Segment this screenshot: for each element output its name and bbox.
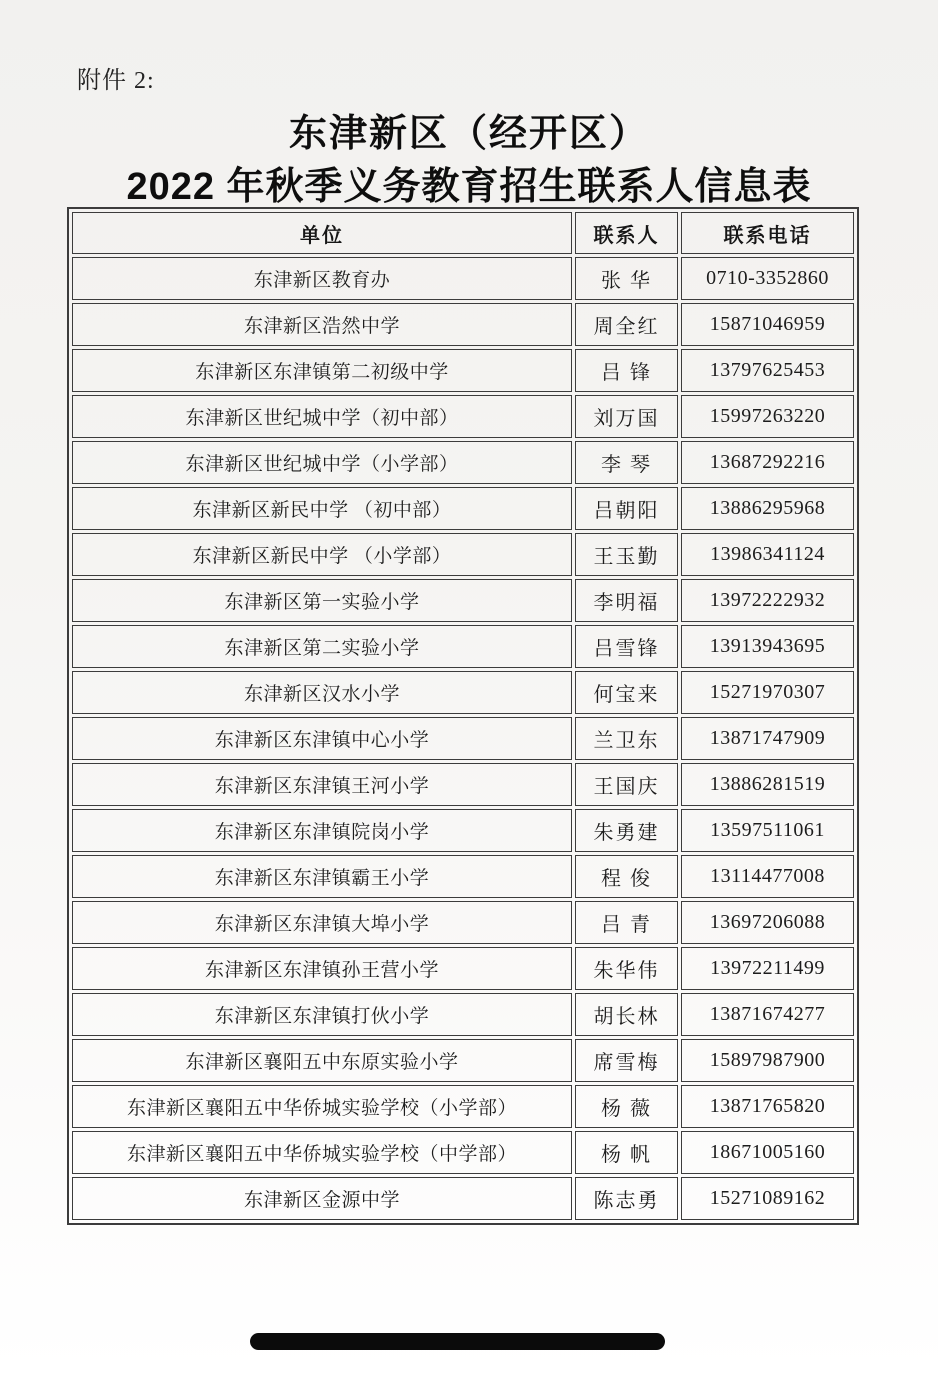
page-title-line2: 2022 年秋季义务教育招生联系人信息表: [0, 155, 938, 210]
contact-cell: 王玉勤: [575, 533, 678, 576]
table-row: 东津新区襄阳五中华侨城实验学校（中学部）杨 帆18671005160: [72, 1131, 854, 1174]
unit-cell: 东津新区东津镇孙王营小学: [72, 947, 572, 990]
unit-cell: 东津新区东津镇打伙小学: [72, 993, 572, 1036]
header-contact: 联系人: [575, 212, 678, 254]
unit-cell: 东津新区世纪城中学（初中部）: [72, 395, 572, 438]
table-row: 东津新区教育办张 华0710-3352860: [72, 257, 854, 300]
phone-cell: 13886295968: [681, 487, 854, 530]
contact-cell: 陈志勇: [575, 1177, 678, 1220]
table-row: 东津新区世纪城中学（初中部）刘万国15997263220: [72, 395, 854, 438]
unit-cell: 东津新区第一实验小学: [72, 579, 572, 622]
phone-cell: 15897987900: [681, 1039, 854, 1082]
unit-cell: 东津新区东津镇院岗小学: [72, 809, 572, 852]
contact-cell: 杨 薇: [575, 1085, 678, 1128]
contact-cell: 李明福: [575, 579, 678, 622]
unit-cell: 东津新区新民中学 （初中部）: [72, 487, 572, 530]
contact-cell: 何宝来: [575, 671, 678, 714]
phone-cell: 13114477008: [681, 855, 854, 898]
phone-cell: 13972211499: [681, 947, 854, 990]
table-row: 东津新区金源中学陈志勇15271089162: [72, 1177, 854, 1220]
unit-cell: 东津新区第二实验小学: [72, 625, 572, 668]
header-row: 单位 联系人 联系电话: [72, 212, 854, 254]
unit-cell: 东津新区新民中学 （小学部）: [72, 533, 572, 576]
table-row: 东津新区襄阳五中华侨城实验学校（小学部）杨 薇13871765820: [72, 1085, 854, 1128]
footer-black-bar: [250, 1333, 665, 1350]
phone-cell: 18671005160: [681, 1131, 854, 1174]
contact-cell: 朱华伟: [575, 947, 678, 990]
phone-cell: 15997263220: [681, 395, 854, 438]
table-row: 东津新区新民中学 （初中部）吕朝阳13886295968: [72, 487, 854, 530]
table-row: 东津新区东津镇孙王营小学朱华伟13972211499: [72, 947, 854, 990]
unit-cell: 东津新区汉水小学: [72, 671, 572, 714]
contact-cell: 朱勇建: [575, 809, 678, 852]
phone-cell: 13797625453: [681, 349, 854, 392]
unit-cell: 东津新区东津镇第二初级中学: [72, 349, 572, 392]
contact-cell: 周全红: [575, 303, 678, 346]
page-title-line1: 东津新区（经开区）: [0, 102, 938, 157]
phone-cell: 13871747909: [681, 717, 854, 760]
table-row: 东津新区东津镇大埠小学吕 青13697206088: [72, 901, 854, 944]
table-row: 东津新区东津镇第二初级中学吕 锋13797625453: [72, 349, 854, 392]
unit-cell: 东津新区襄阳五中华侨城实验学校（小学部）: [72, 1085, 572, 1128]
table-row: 东津新区汉水小学何宝来15271970307: [72, 671, 854, 714]
table-row: 东津新区东津镇院岗小学朱勇建13597511061: [72, 809, 854, 852]
contact-cell: 王国庆: [575, 763, 678, 806]
phone-cell: 13871765820: [681, 1085, 854, 1128]
phone-cell: 13687292216: [681, 441, 854, 484]
table-header: 单位 联系人 联系电话: [72, 212, 854, 254]
contact-cell: 胡长林: [575, 993, 678, 1036]
phone-cell: 13972222932: [681, 579, 854, 622]
contact-cell: 兰卫东: [575, 717, 678, 760]
phone-cell: 15271970307: [681, 671, 854, 714]
contact-cell: 张 华: [575, 257, 678, 300]
contact-cell: 吕朝阳: [575, 487, 678, 530]
unit-cell: 东津新区教育办: [72, 257, 572, 300]
unit-cell: 东津新区世纪城中学（小学部）: [72, 441, 572, 484]
table-row: 东津新区第一实验小学李明福13972222932: [72, 579, 854, 622]
unit-cell: 东津新区襄阳五中东原实验小学: [72, 1039, 572, 1082]
table-row: 东津新区世纪城中学（小学部）李 琴13687292216: [72, 441, 854, 484]
table-row: 东津新区新民中学 （小学部）王玉勤13986341124: [72, 533, 854, 576]
unit-cell: 东津新区东津镇霸王小学: [72, 855, 572, 898]
table-row: 东津新区第二实验小学吕雪锋13913943695: [72, 625, 854, 668]
unit-cell: 东津新区东津镇大埠小学: [72, 901, 572, 944]
phone-cell: 13913943695: [681, 625, 854, 668]
unit-cell: 东津新区东津镇王河小学: [72, 763, 572, 806]
table-row: 东津新区浩然中学周全红15871046959: [72, 303, 854, 346]
contact-cell: 吕 锋: [575, 349, 678, 392]
phone-cell: 13597511061: [681, 809, 854, 852]
phone-cell: 13986341124: [681, 533, 854, 576]
attachment-label: 附件 2:: [77, 60, 155, 95]
contact-cell: 吕 青: [575, 901, 678, 944]
table-row: 东津新区东津镇霸王小学程 俊13114477008: [72, 855, 854, 898]
header-phone: 联系电话: [681, 212, 854, 254]
header-unit: 单位: [72, 212, 572, 254]
table-row: 东津新区襄阳五中东原实验小学席雪梅15897987900: [72, 1039, 854, 1082]
phone-cell: 0710-3352860: [681, 257, 854, 300]
table-row: 东津新区东津镇王河小学王国庆13886281519: [72, 763, 854, 806]
unit-cell: 东津新区金源中学: [72, 1177, 572, 1220]
unit-cell: 东津新区东津镇中心小学: [72, 717, 572, 760]
table-row: 东津新区东津镇中心小学兰卫东13871747909: [72, 717, 854, 760]
phone-cell: 15871046959: [681, 303, 854, 346]
table-row: 东津新区东津镇打伙小学胡长林13871674277: [72, 993, 854, 1036]
contact-cell: 刘万国: [575, 395, 678, 438]
phone-cell: 15271089162: [681, 1177, 854, 1220]
contact-cell: 吕雪锋: [575, 625, 678, 668]
phone-cell: 13886281519: [681, 763, 854, 806]
contact-cell: 杨 帆: [575, 1131, 678, 1174]
phone-cell: 13871674277: [681, 993, 854, 1036]
contact-cell: 李 琴: [575, 441, 678, 484]
phone-cell: 13697206088: [681, 901, 854, 944]
contact-cell: 席雪梅: [575, 1039, 678, 1082]
unit-cell: 东津新区浩然中学: [72, 303, 572, 346]
table-body: 东津新区教育办张 华0710-3352860东津新区浩然中学周全红1587104…: [72, 257, 854, 1220]
contact-table: 单位 联系人 联系电话 东津新区教育办张 华0710-3352860东津新区浩然…: [67, 207, 859, 1225]
contact-cell: 程 俊: [575, 855, 678, 898]
unit-cell: 东津新区襄阳五中华侨城实验学校（中学部）: [72, 1131, 572, 1174]
